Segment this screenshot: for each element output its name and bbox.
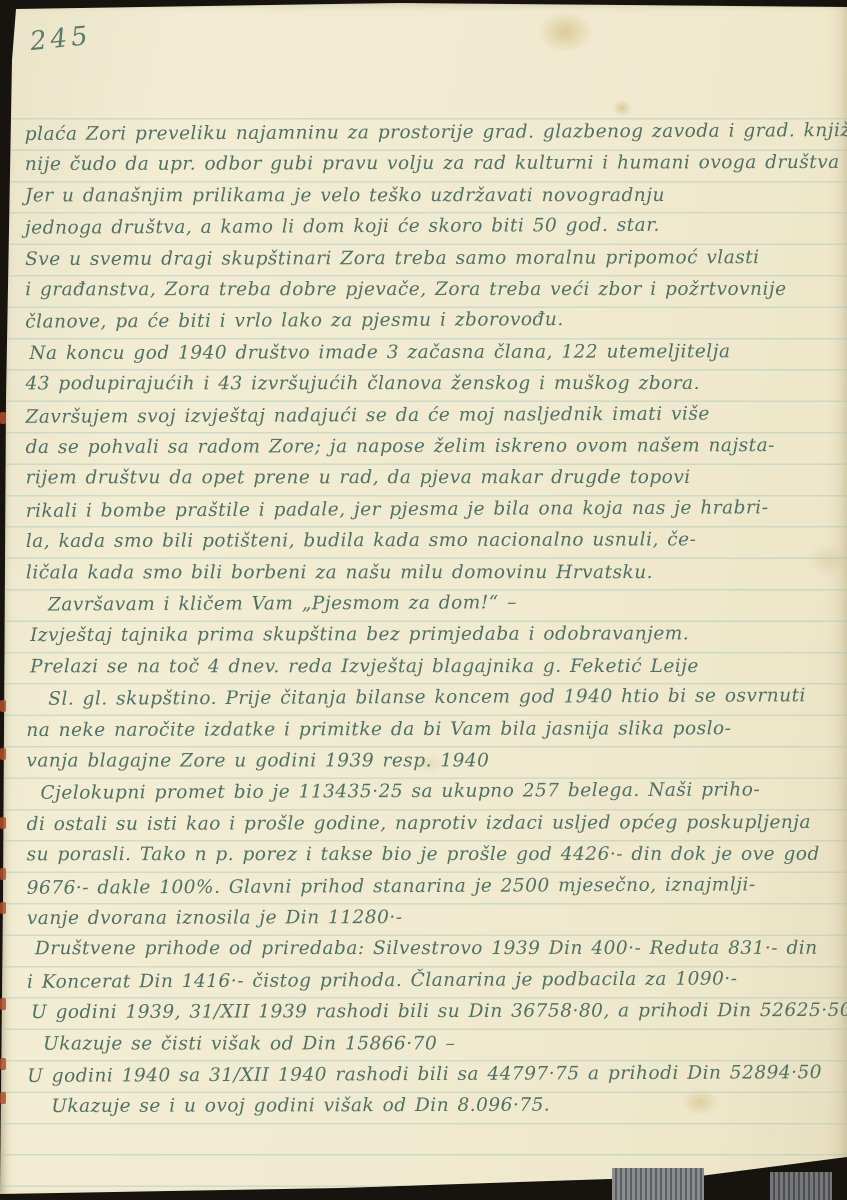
handwritten-line: Cjelokupni promet bio je 113435·25 sa uk… <box>40 776 760 810</box>
handwritten-line: Jer u današnjim prilikama je velo teško … <box>25 181 665 212</box>
handwriting-block: plaća Zori preveliku najamninu za prosto… <box>0 0 847 1200</box>
handwritten-line: jednoga društva, a kamo li dom koji će s… <box>25 211 660 245</box>
handwritten-line: 9676·- dakle 100%. Glavni prihod stanari… <box>27 870 756 904</box>
handwritten-line: su porasli. Tako n p. porez i takse bio … <box>27 840 820 871</box>
handwritten-line: Izvještaj tajnika prima skupština bez pr… <box>30 620 689 653</box>
handwritten-line: Sve u svemu dragi skupštinari Zora treba… <box>25 243 760 276</box>
handwritten-line: di ostali su isti kao i prošle godine, n… <box>27 808 812 841</box>
handwritten-line: vanja blagajne Zore u godini 1939 resp. … <box>26 746 489 777</box>
handwritten-line: Ukazuje se i u ovoj godini višak od Din … <box>51 1091 550 1123</box>
handwritten-line: Prelazi se na toč 4 dnev. reda Izvještaj… <box>30 652 699 683</box>
handwritten-line: nije čudo da upr. odbor gubi pravu volju… <box>25 148 840 181</box>
binding-mark <box>0 998 6 1010</box>
book-page-edges <box>612 1168 704 1200</box>
notebook-photo: 245 plaća Zori preveliku najamninu za pr… <box>0 0 847 1200</box>
handwritten-line: 43 podupirajućih i 43 izvršujućih članov… <box>25 369 700 400</box>
book-page-edges <box>770 1172 832 1200</box>
notebook-page: 245 plaća Zori preveliku najamninu za pr… <box>0 0 847 1200</box>
handwritten-line: i građanstva, Zora treba dobre pjevače, … <box>25 275 786 306</box>
handwritten-line: Završujem svoj izvještaj nadajući se da … <box>25 399 709 433</box>
binding-mark <box>0 748 6 760</box>
binding-mark <box>0 902 6 914</box>
handwritten-line: Ukazuje se čisti višak od Din 15866·70 – <box>43 1029 455 1060</box>
handwritten-line: ličala kada smo bili borbeni za našu mil… <box>26 558 653 589</box>
handwritten-line: i Koncerat Din 1416·- čistog prihoda. Čl… <box>27 964 738 998</box>
handwritten-line: rikali i bombe praštile i padale, jer pj… <box>26 493 769 527</box>
handwritten-line: Sl. gl. skupštino. Prije čitanja bilanse… <box>48 681 806 716</box>
handwritten-line: da se pohvali sa radom Zore; ja napose ž… <box>26 431 775 464</box>
handwritten-line: vanje dvorana iznosila je Din 11280·- <box>27 903 403 935</box>
binding-mark <box>0 412 6 424</box>
handwritten-line: članove, pa će biti i vrlo lako za pjesm… <box>25 305 564 339</box>
binding-mark <box>0 868 6 880</box>
handwritten-line: rijem društvu da opet prene u rad, da pj… <box>26 463 691 494</box>
handwritten-line: Na koncu god 1940 društvo imade 3 začasn… <box>29 337 730 370</box>
binding-mark <box>0 1092 6 1104</box>
handwritten-line: Društvene prihode od priredaba: Silvestr… <box>35 934 818 965</box>
binding-mark <box>0 817 6 829</box>
handwritten-line: plaća Zori preveliku najamninu za prosto… <box>25 116 847 151</box>
binding-mark <box>0 700 6 712</box>
handwritten-line: Završavam i kličem Vam „Pjesmom za dom!“… <box>48 588 517 621</box>
binding-mark <box>0 1058 6 1070</box>
handwritten-line: U godini 1940 sa 31/XII 1940 rashodi bil… <box>27 1058 822 1093</box>
handwritten-line: U godini 1939, 31/XII 1939 rashodi bili … <box>31 996 847 1029</box>
handwritten-line: na neke naročite izdatke i primitke da b… <box>26 714 731 747</box>
handwritten-line: la, kada smo bili potišteni, budila kada… <box>26 525 697 558</box>
